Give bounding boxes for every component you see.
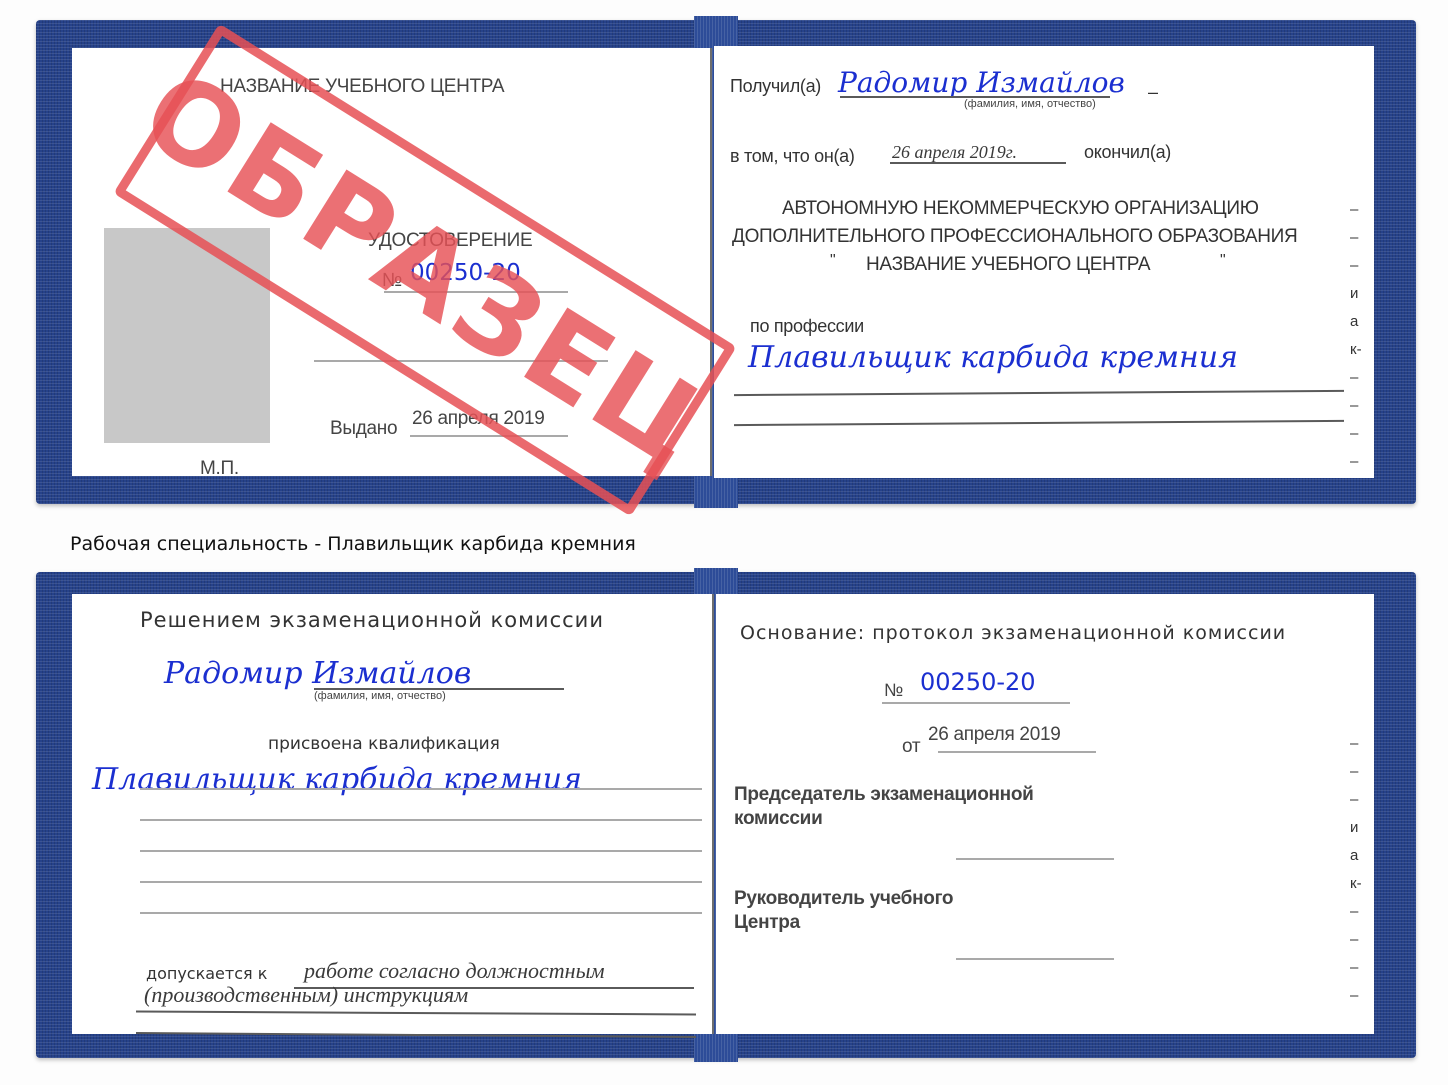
number-underline [882,702,1070,704]
recipient-name: Радомир Измайлов [838,66,1125,99]
chairman-label-line-2: комиссии [734,808,822,830]
profession-label: по профессии [750,316,864,337]
protocol-right-page: Основание: протокол экзаменационной коми… [716,594,1374,1034]
profession-underline-1 [734,390,1344,396]
admitted-underline-2 [136,1011,696,1015]
qualification-value: Плавильщик карбида кремния [92,762,582,797]
decision-title: Решением экзаменационной комиссии [140,608,604,632]
protocol-number: 00250-20 [920,668,1036,696]
protocol-date: 26 апреля 2019 [928,724,1061,746]
name-hint: (фамилия, имя, отчество) [964,98,1096,110]
date-underline [938,751,1096,753]
certificate-cover-top: НАЗВАНИЕ УЧЕБНОГО ЦЕНТРА УДОСТОВЕРЕНИЕ №… [36,20,1416,504]
head-label-line-1: Руководитель учебного [734,888,953,910]
edge-marks: – – – и а к- – – – – [1350,202,1362,482]
qualification-underline-5 [140,912,702,914]
qualification-underline-3 [140,850,702,852]
certificate-number: 00250-20 [410,260,521,286]
head-label-line-2: Центра [734,912,800,934]
admitted-value-line-1: работе согласно должностным [304,958,605,984]
admitted-value-line-2: (производственным) инструкциям [144,982,468,1008]
edge-marks: – – – и а к- – – – – [1350,736,1362,1016]
seal-placeholder-label: М.П. [200,458,239,480]
admitted-underline-3 [136,1032,696,1037]
chairman-label-line-1: Председатель экзаменационной [734,784,1034,806]
received-label: Получил(а) [730,76,821,97]
profession-underline-2 [734,420,1344,426]
head-signature-line [956,958,1114,960]
organization-line-1: АВТОНОМНУЮ НЕКОММЕРЧЕСКУЮ ОРГАНИЗАЦИЮ [782,198,1259,220]
qualification-label: присвоена квалификация [268,734,500,754]
organization-line-2: ДОПОЛНИТЕЛЬНОГО ПРОФЕССИОНАЛЬНОГО ОБРАЗО… [732,226,1297,248]
completion-date: 26 апреля 2019г. [892,142,1017,163]
blank-line [314,360,608,362]
specialty-caption: Рабочая специальность - Плавильщик карби… [70,533,636,555]
number-underline [384,291,568,293]
organization-line-3: НАЗВАНИЕ УЧЕБНОГО ЦЕНТРА [866,254,1150,276]
qualification-underline-1 [140,788,702,790]
certificate-right-page: Получил(а) Радомир Измайлов (фамилия, им… [714,46,1374,478]
number-label: № [382,270,402,292]
admitted-label: допускается к [146,964,267,983]
chairman-signature-line [956,858,1114,860]
certificate-sample-view: НАЗВАНИЕ УЧЕБНОГО ЦЕНТРА УДОСТОВЕРЕНИЕ №… [0,0,1448,1085]
name-dash: – [1148,82,1158,103]
qualification-underline-2 [140,819,702,821]
photo-placeholder [104,228,270,443]
document-title: УДОСТОВЕРЕНИЕ [368,230,532,252]
name-hint: (фамилия, имя, отчество) [314,690,446,702]
date-label: от [902,736,920,758]
certificate-cover-bottom: Решением экзаменационной комиссии Радоми… [36,572,1416,1058]
training-center-name: НАЗВАНИЕ УЧЕБНОГО ЦЕНТРА [220,76,504,98]
profession-value: Плавильщик карбида кремния [748,340,1238,375]
quote-open: " [830,252,836,270]
quote-close: " [1220,252,1226,270]
issued-underline [410,435,568,437]
qualification-left-page: Решением экзаменационной комиссии Радоми… [72,594,714,1034]
qualification-underline-4 [140,881,702,883]
issued-label: Выдано [330,418,397,440]
certificate-left-page: НАЗВАНИЕ УЧЕБНОГО ЦЕНТРА УДОСТОВЕРЕНИЕ №… [72,48,712,476]
number-label: № [884,680,903,701]
finished-label: окончил(а) [1084,142,1171,163]
recipient-name: Радомир Измайлов [164,656,471,691]
basis-title: Основание: протокол экзаменационной коми… [740,622,1286,644]
that-label: в том, что он(а) [730,146,855,167]
completion-date-underline [890,162,1066,164]
issued-date: 26 апреля 2019 [412,408,545,430]
